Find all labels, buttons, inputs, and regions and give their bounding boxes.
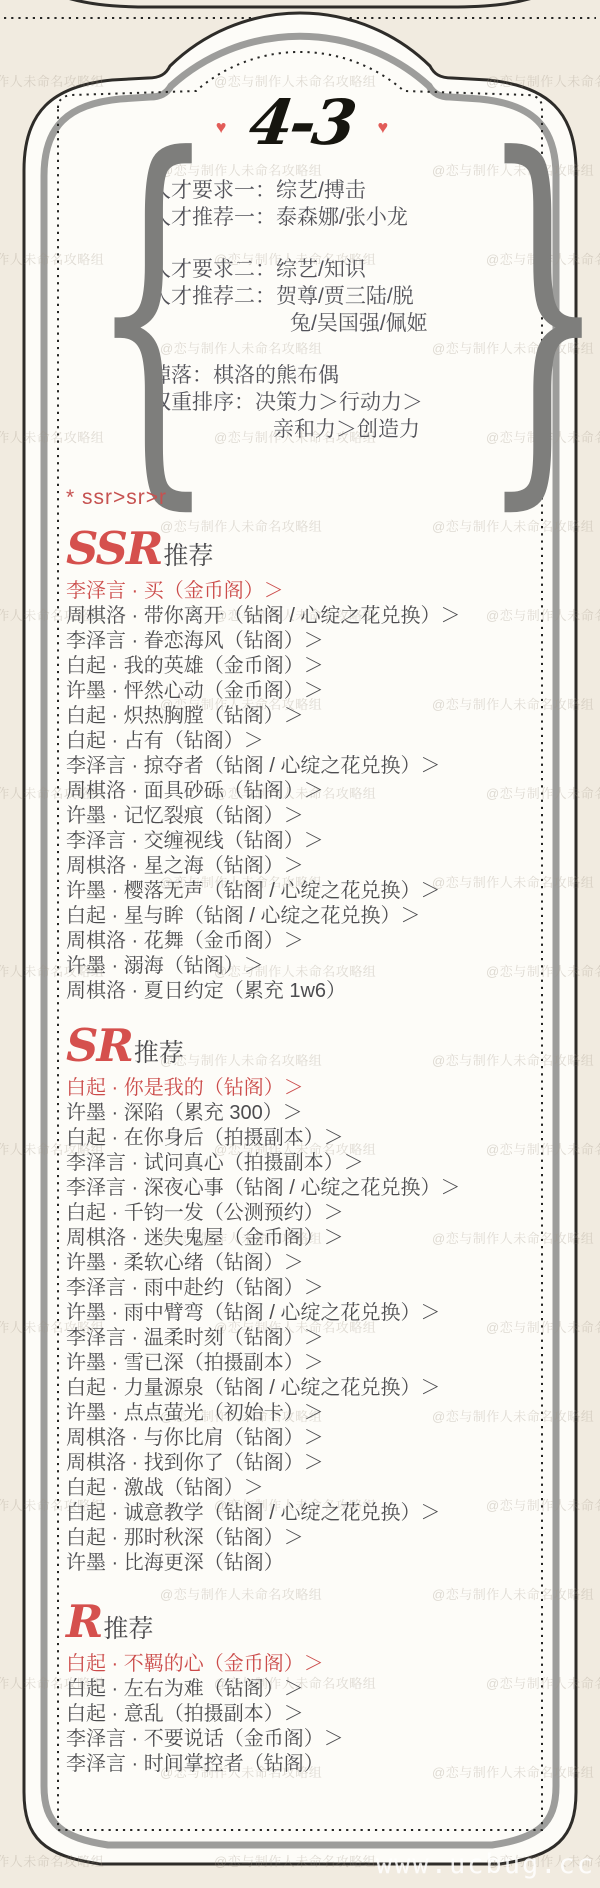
- card-list: 白起 · 不羁的心（金币阁）＞白起 · 左右为难（钻阁）＞白起 · 意乱（拍摄副…: [66, 1652, 538, 1777]
- card-list: 白起 · 你是我的（钻阁）＞许墨 · 深陷（累充 300）＞白起 · 在你身后（…: [66, 1076, 538, 1576]
- stage-info-block: { 人才要求一：综艺/搏击人才推荐一：泰森娜/张小龙人才要求二：综艺/知识人才推…: [66, 160, 538, 460]
- card-item: 白起 · 不羁的心（金币阁）＞: [66, 1652, 538, 1677]
- card-item: 李泽言 · 时间掌控者（钻阁）: [66, 1752, 538, 1777]
- card-item: 李泽言 · 深夜心事（钻阁 / 心绽之花兑换）＞: [66, 1176, 538, 1201]
- site-watermark: www.ucbug.cc: [376, 1849, 595, 1880]
- card-item: 李泽言 · 眷恋海风（钻阁）＞: [66, 629, 538, 654]
- card-item: 许墨 · 溺海（钻阁）＞: [66, 954, 538, 979]
- stage-title: 4-3: [246, 92, 358, 154]
- section-heading: SSR推荐: [66, 523, 538, 575]
- card-item: 周棋洛 · 找到你了（钻阁）＞: [66, 1451, 538, 1476]
- card-item: 周棋洛 · 夏日约定（累充 1w6）: [66, 979, 538, 1004]
- card-item: 李泽言 · 温柔时刻（钻阁）＞: [66, 1326, 538, 1351]
- card-item: 周棋洛 · 迷失鬼屋（金币阁）＞: [66, 1226, 538, 1251]
- card-item: 白起 · 炽热胸膛（钻阁）＞: [66, 704, 538, 729]
- section-r: R推荐 白起 · 不羁的心（金币阁）＞白起 · 左右为难（钻阁）＞白起 · 意乱…: [66, 1596, 538, 1777]
- tier-label: R: [66, 1595, 101, 1648]
- section-heading: R推荐: [66, 1596, 538, 1648]
- section-heading: SR推荐: [66, 1020, 538, 1072]
- left-brace: {: [90, 160, 125, 460]
- card-item: 许墨 · 记忆裂痕（钻阁）＞: [66, 804, 538, 829]
- card-item: 白起 · 星与眸（钻阁 / 心绽之花兑换）＞: [66, 904, 538, 929]
- card-item: 白起 · 那时秋深（钻阁）＞: [66, 1526, 538, 1551]
- tier-suffix: 推荐: [134, 1039, 184, 1067]
- card-item: 白起 · 激战（钻阁）＞: [66, 1476, 538, 1501]
- card-item: 李泽言 · 试问真心（拍摄副本）＞: [66, 1151, 538, 1176]
- card-item: 白起 · 意乱（拍摄副本）＞: [66, 1702, 538, 1727]
- card-item: 许墨 · 雨中臂弯（钻阁 / 心绽之花兑换）＞: [66, 1301, 538, 1326]
- tier-suffix: 推荐: [163, 542, 213, 570]
- tier-label: SR: [66, 1019, 132, 1072]
- card-list: 李泽言 · 买（金币阁）＞周棋洛 · 带你离开（钻阁 / 心绽之花兑换）＞李泽言…: [66, 579, 538, 1004]
- card-item: 许墨 · 深陷（累充 300）＞: [66, 1101, 538, 1126]
- card-item: 李泽言 · 雨中赴约（钻阁）＞: [66, 1276, 538, 1301]
- card-item: 李泽言 · 交缠视线（钻阁）＞: [66, 829, 538, 854]
- card-item: 周棋洛 · 面具砂砾（钻阁）＞: [66, 779, 538, 804]
- card-item: 白起 · 我的英雄（金币阁）＞: [66, 654, 538, 679]
- card-item: 周棋洛 · 与你比肩（钻阁）＞: [66, 1426, 538, 1451]
- card-item: 白起 · 左右为难（钻阁）＞: [66, 1677, 538, 1702]
- card-item: 周棋洛 · 带你离开（钻阁 / 心绽之花兑换）＞: [66, 604, 538, 629]
- section-ssr: SSR推荐 李泽言 · 买（金币阁）＞周棋洛 · 带你离开（钻阁 / 心绽之花兑…: [66, 523, 538, 1004]
- card-item: 许墨 · 樱落无声（钻阁 / 心绽之花兑换）＞: [66, 879, 538, 904]
- card-item: 白起 · 占有（钻阁）＞: [66, 729, 538, 754]
- top-cut-dark-line: [58, 0, 542, 7]
- card-item: 许墨 · 怦然心动（金币阁）＞: [66, 679, 538, 704]
- card-item: 白起 · 诚意教学（钻阁 / 心绽之花兑换）＞: [66, 1501, 538, 1526]
- card-item: 李泽言 · 不要说话（金币阁）＞: [66, 1727, 538, 1752]
- heart-icon: ♥: [378, 110, 389, 136]
- card-item: 周棋洛 · 星之海（钻阁）＞: [66, 854, 538, 879]
- card-item: 许墨 · 柔软心绪（钻阁）＞: [66, 1251, 538, 1276]
- card-item: 白起 · 在你身后（拍摄副本）＞: [66, 1126, 538, 1151]
- section-sr: SR推荐 白起 · 你是我的（钻阁）＞许墨 · 深陷（累充 300）＞白起 · …: [66, 1020, 538, 1576]
- priority-note: * ssr>sr>r: [66, 486, 167, 510]
- card-item: 许墨 · 点点萤光（初始卡）＞: [66, 1401, 538, 1426]
- card-item: 许墨 · 雪已深（拍摄副本）＞: [66, 1351, 538, 1376]
- card-item: 许墨 · 比海更深（钻阁）: [66, 1551, 538, 1576]
- card-item: 李泽言 · 掠夺者（钻阁 / 心绽之花兑换）＞: [66, 754, 538, 779]
- card-item: 李泽言 · 买（金币阁）＞: [66, 579, 538, 604]
- tier-label: SSR: [66, 522, 161, 575]
- card-item: 周棋洛 · 花舞（金币阁）＞: [66, 929, 538, 954]
- right-brace: }: [480, 160, 515, 460]
- card-item: 白起 · 千钧一发（公测预约）＞: [66, 1201, 538, 1226]
- card-item: 白起 · 力量源泉（钻阁 / 心绽之花兑换）＞: [66, 1376, 538, 1401]
- card-item: 白起 · 你是我的（钻阁）＞: [66, 1076, 538, 1101]
- heart-icon: ♥: [216, 110, 227, 136]
- tier-suffix: 推荐: [103, 1615, 153, 1643]
